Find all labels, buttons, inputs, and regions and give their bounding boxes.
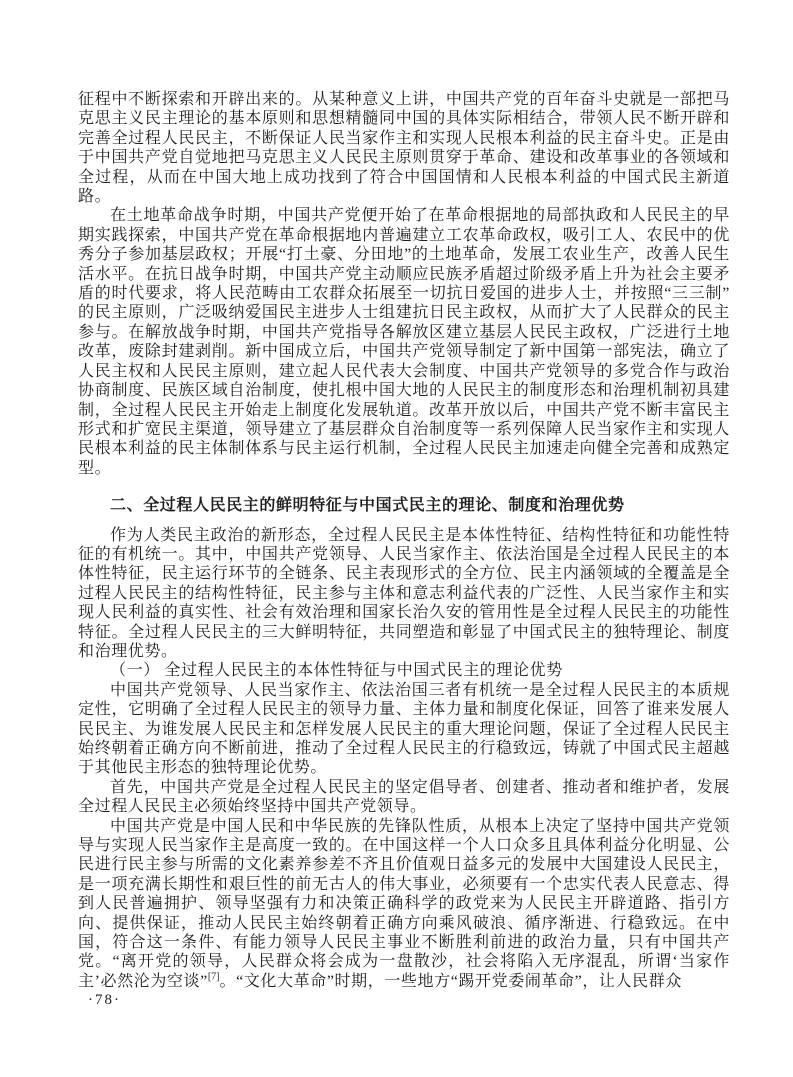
paragraph-history: 在土地革命战争时期，中国共产党便开始了在革命根据地的局部执政和人民民主的早期实践… <box>78 206 730 478</box>
paragraph-party-nature-text: 中国共产党是中国人民和中华民族的先锋队性质，从根本上决定了坚持中国共产党领导与实… <box>78 818 730 990</box>
page-number: ·78· <box>88 992 121 1009</box>
paragraph-ontological: 中国共产党领导、人民当家作主、依法治国三者有机统一是全过程人民民主的本质规定性，… <box>78 681 730 778</box>
section-heading: 二、全过程人民民主的鲜明特征与中国式民主的理论、制度和治理优势 <box>78 478 730 525</box>
paragraph-continuation: 征程中不断探索和开辟出来的。从某种意义上讲，中国共产党的百年奋斗史就是一部把马克… <box>78 90 730 206</box>
paragraph-first-point: 首先，中国共产党是全过程人民民主的坚定倡导者、创建者、推动者和维护者，发展全过程… <box>78 778 730 817</box>
document-page: 征程中不断探索和开辟出来的。从某种意义上讲，中国共产党的百年奋斗史就是一部把马克… <box>0 0 793 1077</box>
paragraph-party-nature: 中国共产党是中国人民和中华民族的先锋队性质，从根本上决定了坚持中国共产党领导与实… <box>78 817 730 992</box>
paragraph-features: 作为人类民主政治的新形态，全过程人民民主是本体性特征、结构性特征和功能性特征的有… <box>78 526 730 662</box>
footnote-ref-7: [7] <box>208 972 220 983</box>
article-text-block: 征程中不断探索和开辟出来的。从某种意义上讲，中国共产党的百年奋斗史就是一部把马克… <box>78 90 730 991</box>
subsection-heading: （一） 全过程人民民主的本体性特征与中国式民主的理论优势 <box>78 661 730 680</box>
paragraph-party-nature-text-after: 。“文化大革命”时期，一些地方“踢开党委闹革命”，让人民群众 <box>220 973 682 990</box>
